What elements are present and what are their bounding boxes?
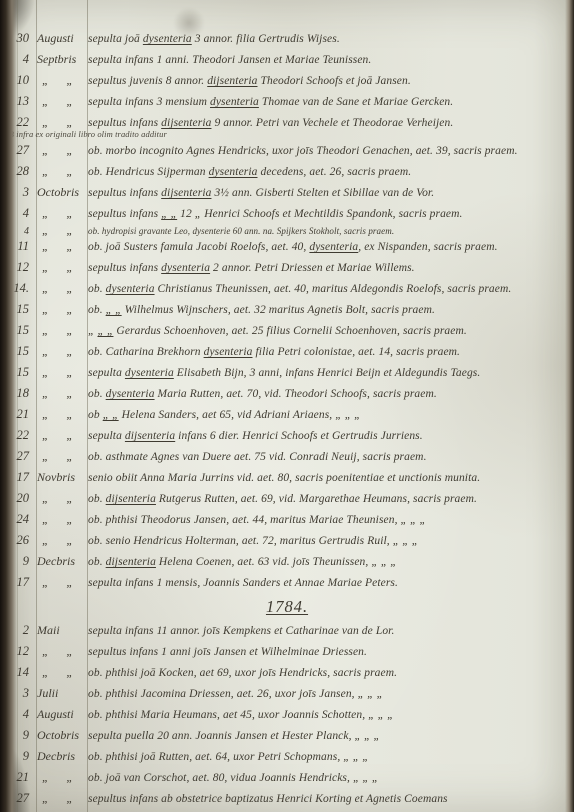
- month-ditto-marks: „„: [34, 404, 85, 425]
- entry-row: 10„„sepultus juvenis 8 annor. dijsenteri…: [0, 70, 574, 91]
- underlined-term: „ „: [103, 409, 119, 421]
- entry-text: sepultus infans „ „ 12 „ Henrici Schoofs…: [85, 204, 574, 225]
- month-ditto-marks: „„: [34, 509, 85, 530]
- month-ditto-marks: „„: [34, 341, 85, 362]
- entry-row: 17Novbrissenio obiit Anna Maria Jurrins …: [0, 467, 574, 488]
- entry-row: 28„„ob. Hendricus Sijperman dysenteria d…: [0, 161, 574, 182]
- underlined-term: dysenteria: [143, 33, 192, 45]
- register-page: 30Augustisepulta joā dysenteria 3 annor.…: [0, 0, 574, 812]
- entry-row: 4Septbrissepulta infans 1 anni. Theodori…: [0, 49, 574, 70]
- underlined-term: dijsenteria: [125, 430, 175, 442]
- entry-row: 2Maiisepulta infans 11 annor. joīs Kempk…: [0, 620, 574, 641]
- entry-month: Augusti: [34, 28, 85, 49]
- entry-row: 9Decbrisob. phthisi joā Rutten, aet. 64,…: [0, 746, 574, 767]
- entry-text: sepultus infans dysenteria 2 annor. Petr…: [85, 258, 574, 279]
- entry-text: sepulta infans 1 mensis, Joannis Sanders…: [85, 573, 574, 594]
- entry-row: 26„„ob. senio Hendricus Holterman, aet. …: [0, 530, 574, 551]
- entry-text: ob. phthisi joā Rutten, aet. 64, uxor Pe…: [85, 747, 574, 768]
- entry-month: Decbris: [34, 746, 85, 767]
- year-heading: 1784.: [0, 593, 574, 620]
- entry-text: ob. phthisi Maria Heumans, aet 45, uxor …: [85, 705, 574, 726]
- entry-text: sepulta infans 3 mensium dysenteria Thom…: [85, 92, 574, 113]
- entry-month: Julii: [34, 683, 85, 704]
- entry-text: ob. joā Susters famula Jacobi Roelofs, a…: [85, 237, 574, 258]
- month-ditto-marks: „„: [34, 425, 85, 446]
- entry-row: 27„„ob. asthmate Agnes van Duere aet. 75…: [0, 446, 574, 467]
- entry-row: 20„„ob. dijsenteria Rutgerus Rutten, aet…: [0, 488, 574, 509]
- month-ditto-marks: „„: [34, 91, 85, 112]
- month-ditto-marks: „„: [34, 320, 85, 341]
- entry-row: 27„„sepultus infans ab obstetrice baptiz…: [0, 788, 574, 809]
- underlined-term: dysenteria: [106, 388, 155, 400]
- entry-row: 4„„ob. hydropisi gravante Leo, dysenteri…: [0, 224, 574, 236]
- entry-text: sepultus juvenis 8 annor. dijsenteria Th…: [85, 71, 574, 92]
- month-ditto-marks: „„: [34, 662, 85, 683]
- entry-text: sepultus infans dijsenteria 3½ ann. Gisb…: [85, 183, 574, 204]
- underlined-term: dysenteria: [125, 367, 174, 379]
- entry-row: 17„„sepulta infans 1 mensis, Joannis San…: [0, 572, 574, 593]
- entry-row: 3Octobrissepultus infans dijsenteria 3½ …: [0, 182, 574, 203]
- underlined-term: dijsenteria: [161, 117, 211, 129]
- entry-row: 14„„ob. phthisi joā Kocken, aet 69, uxor…: [0, 662, 574, 683]
- entry-row: 13„„sepulta infans 3 mensium dysenteria …: [0, 91, 574, 112]
- underlined-term: dysenteria: [209, 166, 258, 178]
- entry-text: sepulta infans 1 anni. Theodori Jansen e…: [85, 50, 574, 71]
- underlined-term: dijsenteria: [207, 75, 257, 87]
- entry-text: ob. phthisi joā Kocken, aet 69, uxor joī…: [85, 663, 574, 684]
- entry-text: ob. morbo incognito Agnes Hendricks, uxo…: [85, 141, 574, 162]
- underlined-term: dijsenteria: [106, 556, 156, 568]
- entry-text: ob. senio Hendricus Holterman, aet. 72, …: [85, 531, 574, 552]
- entry-month: Augusti: [34, 704, 85, 725]
- entry-row: 15„„sepulta dysenteria Elisabeth Bijn, 3…: [0, 362, 574, 383]
- underlined-term: dysenteria: [210, 96, 259, 108]
- entry-text: „ „ „ Gerardus Schoenhoven, aet. 25 fili…: [85, 321, 574, 342]
- entry-text: sepulta puella 20 ann. Joannis Jansen et…: [85, 726, 574, 747]
- month-ditto-marks: „„: [34, 530, 85, 551]
- month-ditto-marks: „„: [34, 236, 85, 257]
- month-ditto-marks: „„: [34, 70, 85, 91]
- month-ditto-marks: „„: [34, 767, 85, 788]
- month-ditto-marks: „„: [34, 446, 85, 467]
- entry-row: 22„„sepulta dijsenteria infans 6 dier. H…: [0, 425, 574, 446]
- entry-month: Novbris: [34, 467, 85, 488]
- underlined-term: dysenteria: [161, 262, 210, 274]
- entry-text: ob. Catharina Brekhorn dysenteria filia …: [85, 342, 574, 363]
- binding-edge: [0, 0, 17, 812]
- month-ditto-marks: „„: [34, 383, 85, 404]
- underlined-term: „ „: [97, 325, 113, 337]
- entry-row: 15„„ob. Catharina Brekhorn dysenteria fi…: [0, 341, 574, 362]
- entry-text: ob. „ „ Wilhelmus Wijnschers, aet. 32 ma…: [85, 300, 574, 321]
- entry-row: 15„„„ „ „ Gerardus Schoenhoven, aet. 25 …: [0, 320, 574, 341]
- underlined-term: dysenteria: [106, 283, 155, 295]
- month-ditto-marks: „„: [34, 488, 85, 509]
- entry-row: 9Octobrissepulta puella 20 ann. Joannis …: [0, 725, 574, 746]
- entry-row: 15„„ob. „ „ Wilhelmus Wijnschers, aet. 3…: [0, 299, 574, 320]
- entry-row: 27„„ob. morbo incognito Agnes Hendricks,…: [0, 140, 574, 161]
- entry-row: 30Augustisepulta joā dysenteria 3 annor.…: [0, 28, 574, 49]
- month-ditto-marks: „„: [34, 362, 85, 383]
- entry-row: 3Juliiob. phthisi Jacomina Driessen, aet…: [0, 683, 574, 704]
- entry-month: Octobris: [34, 725, 85, 746]
- month-ditto-marks: „„: [34, 224, 85, 236]
- entry-row: 18„„ob. dysenteria Maria Rutten, aet. 70…: [0, 383, 574, 404]
- entry-text: ob. dysenteria Maria Rutten, aet. 70, vi…: [85, 384, 574, 405]
- entry-text: ob. dijsenteria Helena Coenen, aet. 63 v…: [85, 552, 574, 573]
- entry-row: 14.„„ob. dysenteria Christianus Theuniss…: [0, 278, 574, 299]
- entry-row: 12„„sepultus infans 1 anni joīs Jansen e…: [0, 641, 574, 662]
- entry-row: 4Augustiob. phthisi Maria Heumans, aet 4…: [0, 704, 574, 725]
- entry-row: 21„„ob. joā van Corschot, aet. 80, vidua…: [0, 767, 574, 788]
- month-ditto-marks: „„: [34, 788, 85, 809]
- underlined-term: „ „: [161, 208, 177, 220]
- entry-text: ob. phthisi Theodorus Jansen, aet. 44, m…: [85, 510, 574, 531]
- entry-text: ob. hydropisi gravante Leo, dysenterie 6…: [85, 225, 574, 237]
- underlined-term: dijsenteria: [161, 187, 211, 199]
- interlinear-note-text: NB infra ex originali libro olim tradito…: [0, 129, 167, 140]
- underlined-term: dysenteria: [309, 241, 358, 253]
- entry-row: 12„„sepultus infans dysenteria 2 annor. …: [0, 257, 574, 278]
- month-ditto-marks: „„: [34, 257, 85, 278]
- entry-text: ob. dysenteria Christianus Theunissen, a…: [85, 279, 574, 300]
- entry-text: sepulta infans 11 annor. joīs Kempkens e…: [85, 621, 574, 642]
- entries: 30Augustisepulta joā dysenteria 3 annor.…: [0, 28, 574, 809]
- entry-row: 4„„sepultus infans „ „ 12 „ Henrici Scho…: [0, 203, 574, 224]
- entry-text: ob. asthmate Agnes van Duere aet. 75 vid…: [85, 447, 574, 468]
- entry-text: senio obiit Anna Maria Jurrins vid. aet.…: [85, 468, 574, 489]
- entry-text: ob „ „ Helena Sanders, aet 65, vid Adria…: [85, 405, 574, 426]
- entry-text: sepultus infans 1 anni joīs Jansen et Wi…: [85, 642, 574, 663]
- month-ditto-marks: „„: [34, 299, 85, 320]
- underlined-term: dysenteria: [204, 346, 253, 358]
- month-ditto-marks: „„: [34, 203, 85, 224]
- underlined-term: dijsenteria: [106, 493, 156, 505]
- entry-row: 9Decbrisob. dijsenteria Helena Coenen, a…: [0, 551, 574, 572]
- entry-month: Septbris: [34, 49, 85, 70]
- year-heading-text: 1784.: [266, 593, 308, 620]
- entry-text: sepulta joā dysenteria 3 annor. filia Ge…: [85, 29, 574, 50]
- entry-text: sepulta dysenteria Elisabeth Bijn, 3 ann…: [85, 363, 574, 384]
- entry-month: Maii: [34, 620, 85, 641]
- month-ditto-marks: „„: [34, 161, 85, 182]
- month-ditto-marks: „„: [34, 641, 85, 662]
- entry-month: Octobris: [34, 182, 85, 203]
- entry-row: 11„„ob. joā Susters famula Jacobi Roelof…: [0, 236, 574, 257]
- underlined-term: „ „: [106, 304, 122, 316]
- entry-month: Decbris: [34, 551, 85, 572]
- entry-text: ob. joā van Corschot, aet. 80, vidua Joa…: [85, 768, 574, 789]
- month-ditto-marks: „„: [34, 140, 85, 161]
- entry-text: ob. Hendricus Sijperman dysenteria deced…: [85, 162, 574, 183]
- entry-row: 21„„ob „ „ Helena Sanders, aet 65, vid A…: [0, 404, 574, 425]
- month-ditto-marks: „„: [34, 572, 85, 593]
- entry-text: sepulta dijsenteria infans 6 dier. Henri…: [85, 426, 574, 447]
- entry-text: ob. phthisi Jacomina Driessen, aet. 26, …: [85, 684, 574, 705]
- entry-row: 24„„ob. phthisi Theodorus Jansen, aet. 4…: [0, 509, 574, 530]
- entry-text: sepultus infans ab obstetrice baptizatus…: [85, 789, 574, 810]
- page-edge-right: [565, 0, 574, 812]
- month-ditto-marks: „„: [34, 278, 85, 299]
- entry-text: ob. dijsenteria Rutgerus Rutten, aet. 69…: [85, 489, 574, 510]
